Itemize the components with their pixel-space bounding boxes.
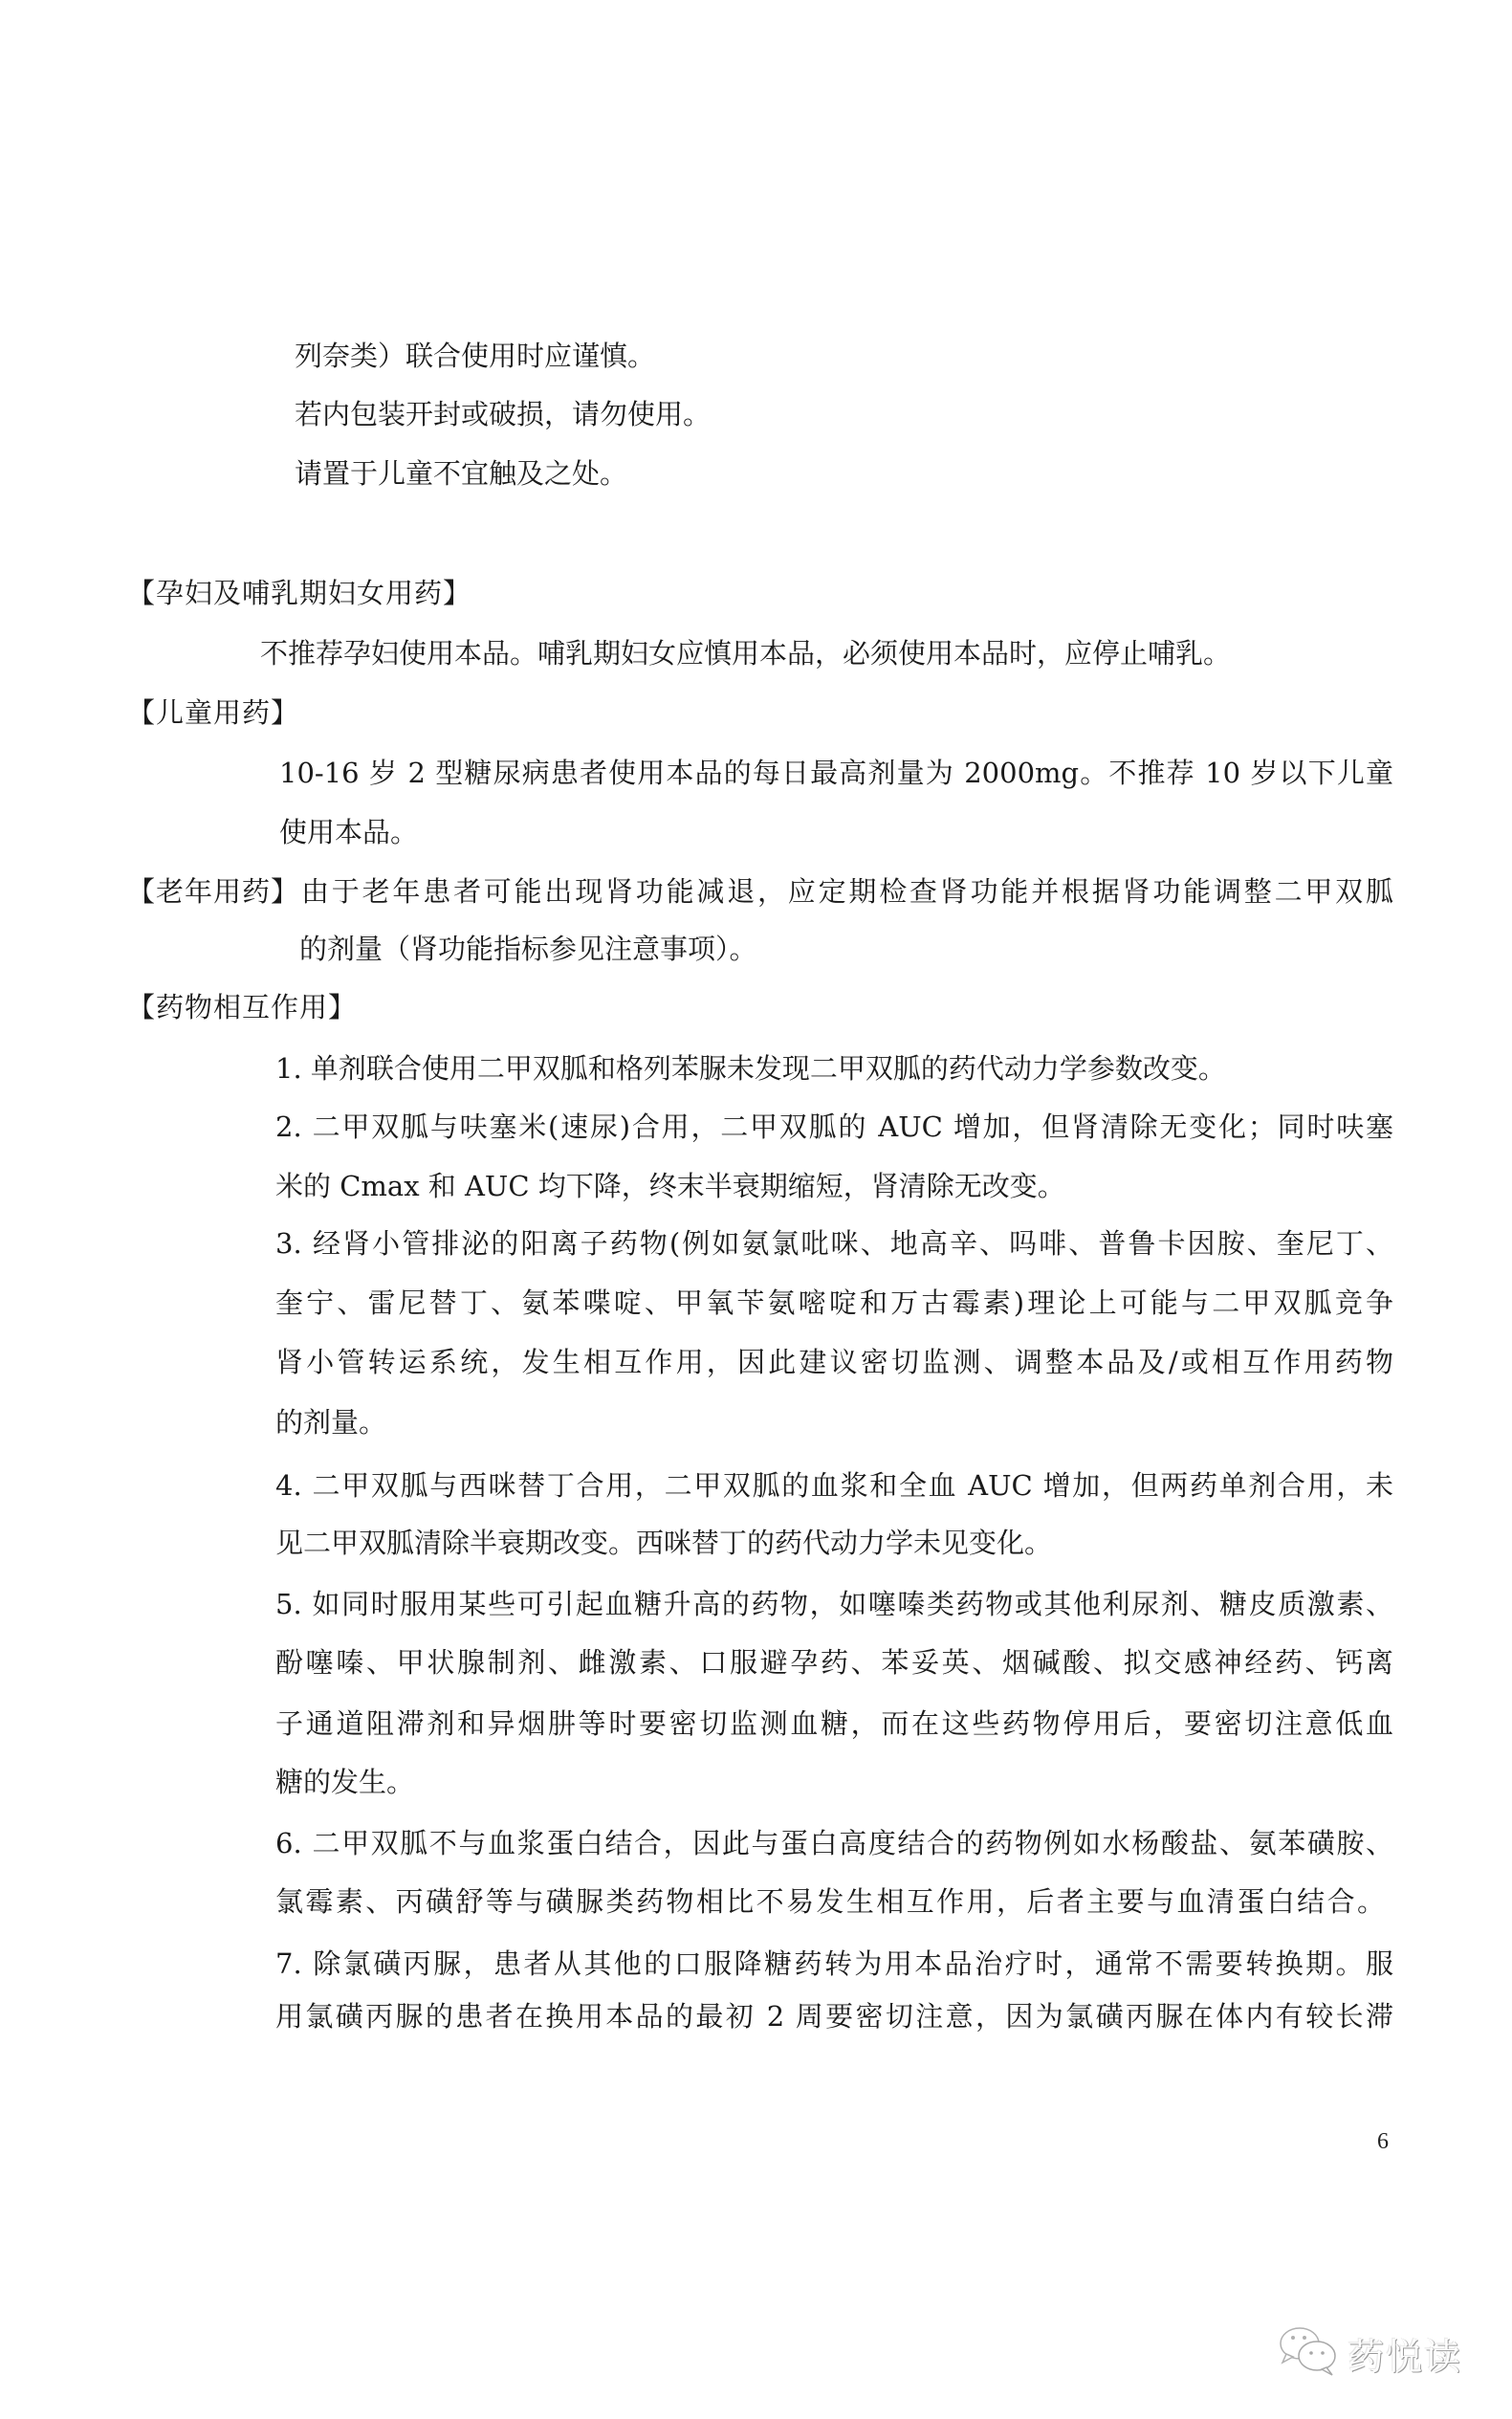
interaction-item-6: 6. 二甲双胍不与血浆蛋白结合，因此与蛋白高度结合的药物例如水杨酸盐、氨苯磺胺、 xyxy=(275,1824,1393,1862)
section-body-line: 由于老年患者可能出现肾功能减退，应定期检查肾功能并根据肾功能调整二甲双胍 xyxy=(301,872,1393,911)
precaution-line: 请置于儿童不宜触及之处。 xyxy=(295,454,627,493)
section-body-line: 不推荐孕妇使用本品。哺乳期妇女应慎用本品，必须使用本品时，应停止哺乳。 xyxy=(260,634,1231,672)
section-body-line: 使用本品。 xyxy=(279,813,418,851)
section-heading-interactions: 【药物相互作用】 xyxy=(127,988,357,1026)
interaction-item-3-cont: 的剂量。 xyxy=(275,1403,386,1441)
interaction-item-5: 5. 如同时服用某些可引起血糖升高的药物，如噻嗪类药物或其他利尿剂、糖皮质激素、 xyxy=(275,1585,1393,1623)
interaction-item-1: 1. 单剂联合使用二甲双胍和格列苯脲未发现二甲双胍的药代动力学参数改变。 xyxy=(275,1049,1226,1088)
interaction-item-5-cont: 糖的发生。 xyxy=(275,1763,414,1801)
document-page: 列奈类）联合使用时应谨慎。 若内包装开封或破损，请勿使用。 请置于儿童不宜触及之… xyxy=(0,0,1512,2419)
interaction-item-3: 3. 经肾小管排泌的阳离子药物(例如氨氯吡咪、地高辛、吗啡、普鲁卡因胺、奎尼丁、 xyxy=(275,1224,1393,1263)
interaction-item-2: 2. 二甲双胍与呋塞米(速尿)合用，二甲双胍的 AUC 增加，但肾清除无变化；同… xyxy=(275,1108,1393,1146)
watermark-text: 药悦读 xyxy=(1348,2327,1462,2380)
section-heading-elderly: 【老年用药】 xyxy=(127,872,299,911)
interaction-item-7: 7. 除氯磺丙脲，患者从其他的口服降糖药转为用本品治疗时，通常不需要转换期。服 xyxy=(275,1945,1393,1983)
interaction-item-3-cont: 肾小管转运系统，发生相互作用，因此建议密切监测、调整本品及/或相互作用药物 xyxy=(275,1343,1393,1381)
interaction-item-5-cont: 酚噻嗪、甲状腺制剂、雌激素、口服避孕药、苯妥英、烟碱酸、拟交感神经药、钙离 xyxy=(275,1643,1393,1682)
page-number: 6 xyxy=(1377,2129,1389,2155)
section-heading-pregnancy: 【孕妇及哺乳期妇女用药】 xyxy=(127,574,471,612)
interaction-item-4-cont: 见二甲双胍清除半衰期改变。西咪替丁的药代动力学未见变化。 xyxy=(275,1524,1052,1562)
interaction-item-7-cont: 用氯磺丙脲的患者在换用本品的最初 2 周要密切注意，因为氯磺丙脲在体内有较长滞 xyxy=(275,1997,1393,2035)
watermark: 药悦读 xyxy=(1277,2322,1462,2384)
section-body-line: 的剂量（肾功能指标参见注意事项）。 xyxy=(299,930,757,968)
precaution-line: 若内包装开封或破损，请勿使用。 xyxy=(295,395,711,433)
wechat-bubbles-icon xyxy=(1277,2324,1340,2383)
interaction-item-4: 4. 二甲双胍与西咪替丁合用，二甲双胍的血浆和全血 AUC 增加，但两药单剂合用… xyxy=(275,1466,1393,1505)
interaction-item-2-cont: 米的 Cmax 和 AUC 均下降，终末半衰期缩短，肾清除无改变。 xyxy=(275,1167,1065,1205)
interaction-item-5-cont: 子通道阻滞剂和异烟肼等时要密切监测血糖，而在这些药物停用后，要密切注意低血 xyxy=(275,1704,1393,1743)
interaction-item-3-cont: 奎宁、雷尼替丁、氨苯喋啶、甲氧苄氨嘧啶和万古霉素)理论上可能与二甲双胍竞争 xyxy=(275,1284,1393,1322)
section-heading-children: 【儿童用药】 xyxy=(127,693,299,732)
interaction-item-6-cont: 氯霉素、丙磺舒等与磺脲类药物相比不易发生相互作用，后者主要与血清蛋白结合。 xyxy=(275,1882,1385,1921)
precaution-line: 列奈类）联合使用时应谨慎。 xyxy=(295,337,655,375)
section-body-line: 10-16 岁 2 型糖尿病患者使用本品的每日最高剂量为 2000mg。不推荐 … xyxy=(279,754,1393,792)
